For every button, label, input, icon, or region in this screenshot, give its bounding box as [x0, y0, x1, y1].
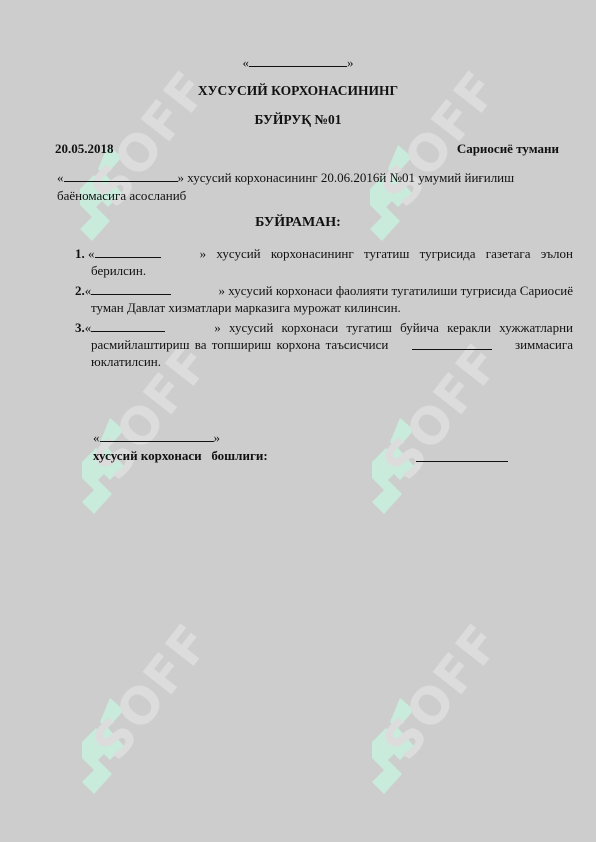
- blank-line: [95, 256, 161, 258]
- order-number: БУЙРУҚ №01: [0, 112, 596, 128]
- basis-line-1: «» хусусий корхонасининг 20.06.2016й №01…: [57, 170, 569, 186]
- order-item-3: 3.« » хусусий корхонаси тугатиш буйича к…: [75, 320, 573, 370]
- document-page: «» ХУСУСИЙ КОРХОНАСИНИНГ БУЙРУҚ №01 20.0…: [0, 0, 596, 842]
- signature-label: хусусий корхонаси бошлиги:: [93, 448, 268, 464]
- blank-line: [100, 440, 214, 442]
- item-1-line-2: берилсин.: [75, 263, 573, 279]
- blank-line: [91, 293, 171, 295]
- basis-line-2: баёномасига асосланиб: [57, 188, 186, 204]
- order-heading: БУЙРАМАН:: [0, 215, 596, 231]
- item-number: 2.: [75, 283, 85, 298]
- order-item-2: 2.« » хусусий корхонаси фаолияти тугатил…: [75, 283, 573, 316]
- item-2-line-2: туман Давлат хизматлари марказига мурожа…: [75, 300, 573, 316]
- item-number: 1.: [75, 246, 85, 261]
- order-date: 20.05.2018: [55, 141, 114, 157]
- district-name: Сариосиё тумани: [457, 141, 559, 157]
- company-name-placeholder: «»: [0, 55, 596, 71]
- blank-line: [64, 180, 178, 182]
- signature-line: [416, 461, 508, 462]
- blank-line: [91, 330, 165, 332]
- blank-line: [412, 348, 492, 350]
- item-3-line-3: юклатилсин.: [75, 354, 573, 370]
- document-title: ХУСУСИЙ КОРХОНАСИНИНГ: [0, 83, 596, 99]
- order-item-1: 1. « » хусусий корхонасининг тугатиш туг…: [75, 246, 573, 279]
- item-number: 3.: [75, 320, 85, 335]
- blank-line: [249, 65, 347, 67]
- signature-company-placeholder: «»: [93, 430, 220, 446]
